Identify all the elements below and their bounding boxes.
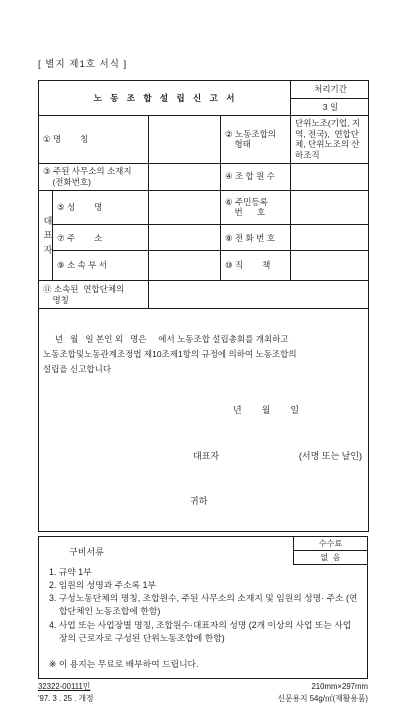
signer-row: 대표자 (서명 또는 날인) [43,451,366,462]
form-footer: 32322-00111민 '97. 3 . 25 . 개정 210mm×297m… [38,681,368,704]
field-rep-address-value [149,225,221,251]
form-title: 노 동 조 합 설 립 신 고 서 [39,81,291,116]
signer-label: 대표자 [193,451,219,462]
field-rep-name-value [149,190,221,225]
declaration-section: 년 월 일 본인 외 명은 에서 노동조합 설립총회를 개최하고 노동조합및노동… [39,309,369,532]
fee-box: 수수료 없 음 [293,537,367,565]
recipient-label: 귀하 [43,496,366,507]
field-member-count-label: ④ 조 합 원 수 [221,163,291,190]
field-position-value [291,251,369,281]
field-rep-department-label: ⑨ 소 속 부 서 [53,251,149,281]
fee-value: 없 음 [294,551,367,564]
union-report-form-table: 노 동 조 합 설 립 신 고 서 처리기간 3 일 ① 명 칭 ② 노동조합의… [38,80,369,532]
fee-label: 수수료 [294,537,367,551]
field-rep-name-label: ⑤ 성 명 [53,190,149,225]
document-item: 3. 구성노동단체의 명칭, 조합원수, 주된 사무소의 소재지 및 임원의 성… [46,592,359,618]
signature-note: (서명 또는 날인) [299,451,362,462]
field-position-label: ⑩ 직 책 [221,251,291,281]
field-name-value [149,116,221,164]
processing-period-label: 처리기간 [291,81,369,99]
paper-size: 210mm×297mm [277,681,368,693]
field-name-label: ① 명 칭 [39,116,149,164]
free-distribution-note: ※ 이 용지는 무료로 배부하여 드립니다. [46,657,359,670]
representative-group-text: 대표자 [43,214,53,257]
representative-group-label: 대표자 [39,190,53,281]
field-union-type-value: 단위노조(기업, 지역, 전국), 연합단체, 단위노조의 산하조직 [291,116,369,164]
field-federation-name-label: ⑪ 소속된 연합단체의 명칭 [39,281,149,309]
processing-period-value: 3 일 [291,99,369,116]
field-resident-number-value [291,190,369,225]
footer-right: 210mm×297mm 신문용지 54g/㎡(재활용품) [277,681,368,704]
field-resident-number-label: ⑥ 주민등록 번 호 [221,190,291,225]
document-item: 1. 규약 1부 [46,566,359,579]
field-phone-label: ⑧ 전 화 번 호 [221,225,291,251]
field-office-address-value [149,163,221,190]
statement-text: 년 월 일 본인 외 명은 에서 노동조합 설립총회를 개최하고 노동조합및노동… [43,332,366,377]
required-documents-box: 수수료 없 음 구비서류 1. 규약 1부 2. 임원의 성명과 주소록 1부 … [38,536,368,679]
document-item: 4. 사업 또는 사업장별 명칭, 조합원수·대표자의 성명 (2개 이상의 사… [46,619,359,645]
form-number: 32322-00111민 [38,681,94,693]
field-office-address-label: ③ 주된 사무소의 소재지 (전화번호) [39,163,149,190]
statement-date-line: 년 월 일 [43,405,366,416]
field-rep-department-value [149,251,221,281]
document-item: 2. 임원의 성명과 주소록 1부 [46,579,359,592]
field-federation-name-value [149,281,369,309]
paper-spec: 신문용지 54g/㎡(재활용품) [277,693,368,704]
field-union-type-label: ② 노동조합의 형태 [221,116,291,164]
field-rep-address-label: ⑦ 주 소 [53,225,149,251]
field-phone-value [291,225,369,251]
form-reference-note: [ 별지 제1호 서식 ] [38,56,368,70]
revision-date: '97. 3 . 25 . 개정 [38,693,94,704]
footer-left: 32322-00111민 '97. 3 . 25 . 개정 [38,681,94,704]
field-member-count-value [291,163,369,190]
